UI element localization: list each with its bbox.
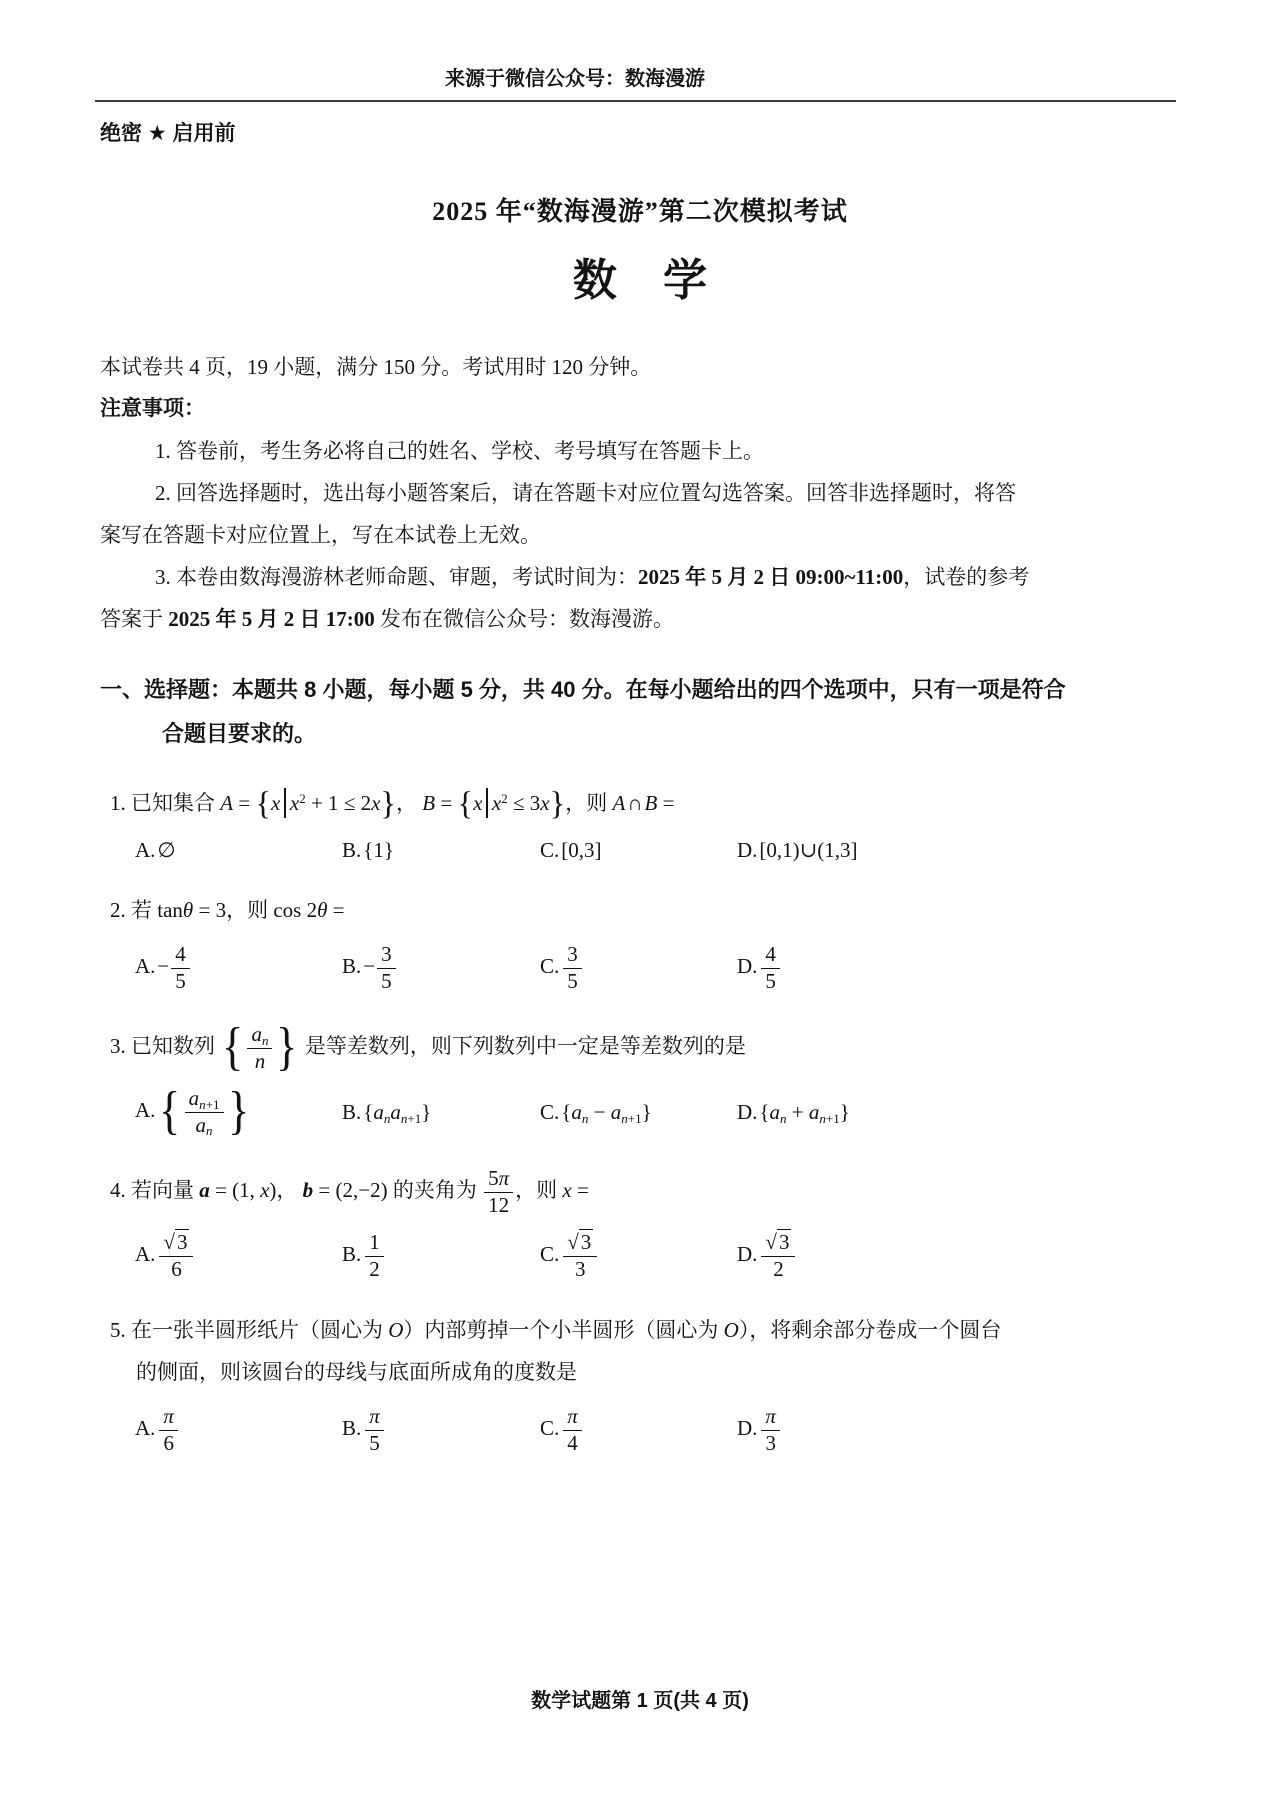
notice-line: 3. 本卷由数海漫游林老师命题、审题，考试时间为：2025 年 5 月 2 日 … <box>100 556 1162 598</box>
section-choice-header: 一、选择题：本题共 8 小题，每小题 5 分，共 40 分。在每小题给出的四个选… <box>100 668 1162 756</box>
question-1: 1. 已知集合 A = {xx2 + 1 ≤ 2x}， B = {xx2 ≤ 3… <box>110 782 1162 863</box>
notice-title: 注意事项： <box>100 388 1162 430</box>
options-row: A.π6B.π5C.π4D.π3 <box>110 1403 1162 1457</box>
option-c: C.35 <box>540 941 737 995</box>
option-c: C.[0,3] <box>540 837 737 863</box>
question-stem-line: 4. 若向量 a = (1, x)， b = (2,−2) 的夹角为 5π12，… <box>110 1165 1162 1219</box>
option-b: B.π5 <box>342 1403 540 1457</box>
notice-line: 1. 答卷前，考生务必将自己的姓名、学校、考号填写在答题卡上。 <box>100 430 1162 472</box>
options-row: A.−45B.−35C.35D.45 <box>110 941 1162 995</box>
question-stem-line: 3. 已知数列 {ann} 是等差数列，则下列数列中一定是等差数列的是 <box>110 1021 1162 1075</box>
option-a: A.{an+1an} <box>135 1085 342 1139</box>
question-stem-line: 5. 在一张半圆形纸片（圆心为 O）内部剪掉一个小半圆形（圆心为 O），将剩余部… <box>110 1309 1162 1351</box>
option-d: D.√32 <box>737 1229 1162 1283</box>
notice-line: 答案于 2025 年 5 月 2 日 17:00 发布在微信公众号：数海漫游。 <box>100 598 1162 640</box>
option-d: D.[0,1)∪(1,3] <box>737 837 1162 863</box>
options-row: A.{an+1an}B.{anan+1}C.{an − an+1}D.{an +… <box>110 1085 1162 1139</box>
option-c: C.{an − an+1} <box>540 1099 737 1125</box>
security-label: 绝密 ★ 启用前 <box>100 117 1280 147</box>
question-5: 5. 在一张半圆形纸片（圆心为 O）内部剪掉一个小半圆形（圆心为 O），将剩余部… <box>110 1309 1162 1457</box>
question-stem-line: 1. 已知集合 A = {xx2 + 1 ≤ 2x}， B = {xx2 ≤ 3… <box>110 782 1162 827</box>
question-stem-line: 2. 若 tanθ = 3，则 cos 2θ = <box>110 889 1162 931</box>
option-d: D.45 <box>737 941 1162 995</box>
option-c: C.π4 <box>540 1403 737 1457</box>
source-note: 来源于微信公众号：数海漫游 <box>0 0 1150 91</box>
option-a: A.√36 <box>135 1229 342 1283</box>
page-content: 本试卷共 4 页，19 小题，满分 150 分。考试用时 120 分钟。 注意事… <box>100 346 1162 1457</box>
option-d: D.π3 <box>737 1403 1162 1457</box>
page-footer: 数学试题第 1 页(共 4 页) <box>0 1684 1280 1713</box>
option-a: A.π6 <box>135 1403 342 1457</box>
question-4: 4. 若向量 a = (1, x)， b = (2,−2) 的夹角为 5π12，… <box>110 1165 1162 1283</box>
option-b: B.{1} <box>342 837 540 863</box>
intro-block: 本试卷共 4 页，19 小题，满分 150 分。考试用时 120 分钟。 注意事… <box>100 346 1162 640</box>
paper-info: 本试卷共 4 页，19 小题，满分 150 分。考试用时 120 分钟。 <box>100 346 1162 388</box>
option-b: B.{anan+1} <box>342 1099 540 1125</box>
question-stem-line: 的侧面，则该圆台的母线与底面所成角的度数是 <box>110 1351 1162 1393</box>
question-2: 2. 若 tanθ = 3，则 cos 2θ =A.−45B.−35C.35D.… <box>110 889 1162 995</box>
option-a: A.−45 <box>135 941 342 995</box>
section-header-line: 合题目要求的。 <box>100 712 1162 756</box>
notices: 1. 答卷前，考生务必将自己的姓名、学校、考号填写在答题卡上。2. 回答选择题时… <box>100 430 1162 640</box>
question-3: 3. 已知数列 {ann} 是等差数列，则下列数列中一定是等差数列的是A.{an… <box>110 1021 1162 1139</box>
section-header-line: 一、选择题：本题共 8 小题，每小题 5 分，共 40 分。在每小题给出的四个选… <box>100 668 1162 712</box>
option-b: B.−35 <box>342 941 540 995</box>
exam-title: 2025 年“数海漫游”第二次模拟考试 <box>0 191 1280 228</box>
subject-title: 数 学 <box>0 244 1280 308</box>
notice-line: 2. 回答选择题时，选出每小题答案后，请在答题卡对应位置勾选答案。回答非选择题时… <box>100 472 1162 514</box>
option-d: D.{an + an+1} <box>737 1099 1162 1125</box>
option-a: A.∅ <box>135 837 342 863</box>
header-rule <box>95 100 1176 102</box>
option-b: B.12 <box>342 1229 540 1283</box>
options-row: A.√36B.12C.√33D.√32 <box>110 1229 1162 1283</box>
questions: 1. 已知集合 A = {xx2 + 1 ≤ 2x}， B = {xx2 ≤ 3… <box>100 782 1162 1457</box>
options-row: A.∅B.{1}C.[0,3]D.[0,1)∪(1,3] <box>110 837 1162 863</box>
option-c: C.√33 <box>540 1229 737 1283</box>
exam-paper-page: 来源于微信公众号：数海漫游 绝密 ★ 启用前 2025 年“数海漫游”第二次模拟… <box>0 0 1280 1810</box>
notice-line: 案写在答题卡对应位置上，写在本试卷上无效。 <box>100 514 1162 556</box>
